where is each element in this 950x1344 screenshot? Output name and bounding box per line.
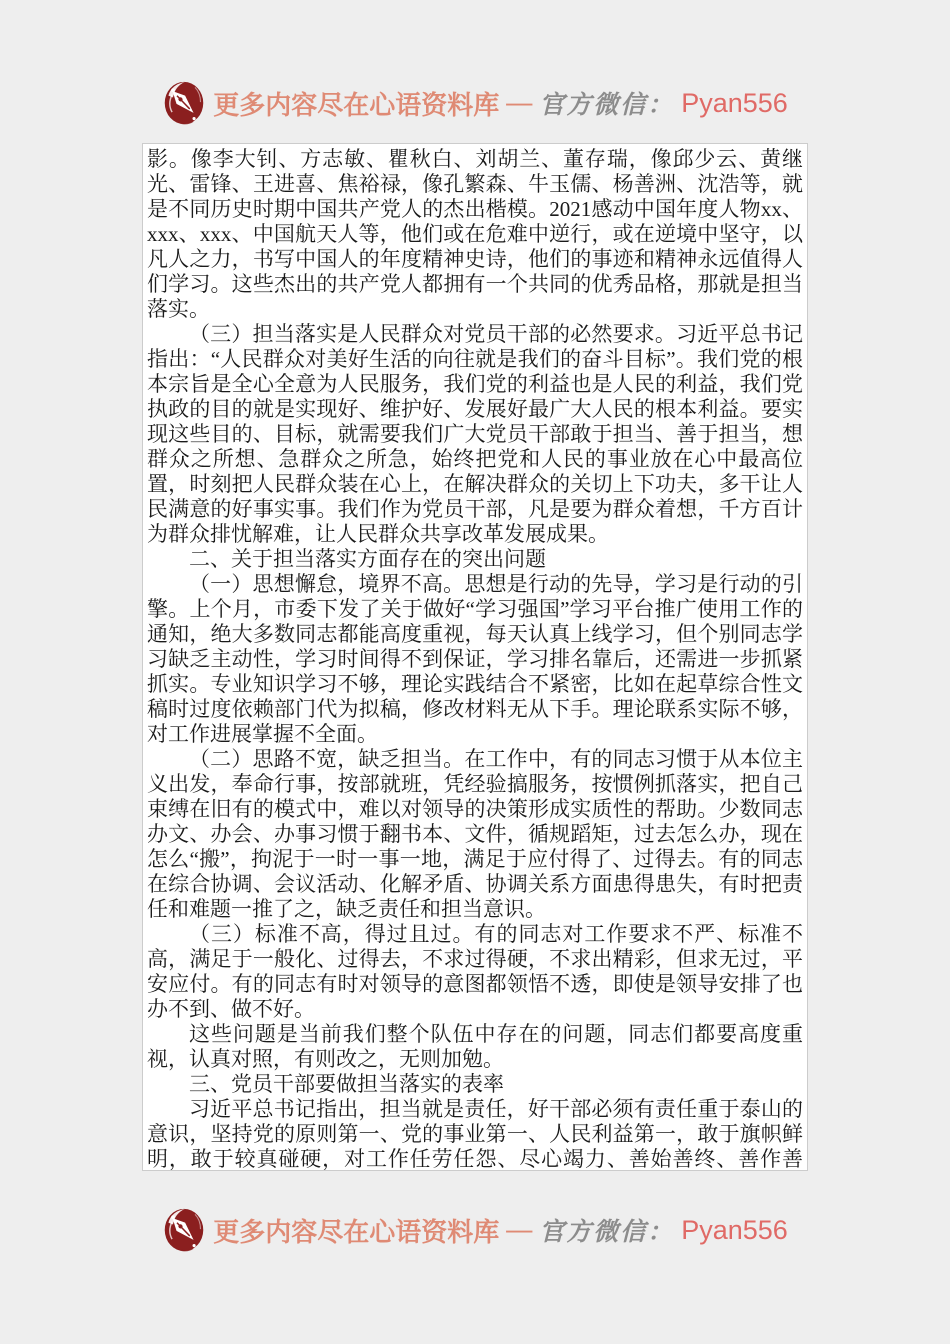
paragraph: 习近平总书记指出，担当就是责任，好干部必须有责任重于泰山的意识，坚持党的原则第一… — [147, 1097, 803, 1171]
paragraph: （二）思路不宽，缺乏担当。在工作中，有的同志习惯于从本位主义出发，奉命行事，按部… — [147, 747, 803, 922]
watermark-wechat-label: 官方微信： — [539, 1212, 674, 1248]
paragraph: 二、关于担当落实方面存在的突出问题 — [147, 547, 803, 572]
watermark-wechat-label: 官方微信： — [539, 85, 674, 121]
watermark-wechat-account: Pyan556 — [681, 88, 788, 119]
paragraph: （三）担当落实是人民群众对党员干部的必然要求。习近平总书记指出：“人民群众对美好… — [147, 322, 803, 547]
paragraph: （一）思想懈怠，境界不高。思想是行动的先导，学习是行动的引擎。上个月，市委下发了… — [147, 572, 803, 747]
header-watermark: 更多内容尽在心语资料库—官方微信： Pyan556 — [0, 76, 950, 130]
footer-watermark: 更多内容尽在心语资料库—官方微信： Pyan556 — [0, 1203, 950, 1257]
paragraph: （三）标准不高，得过且过。有的同志对工作要求不严、标准不高，满足于一般化、过得去… — [147, 922, 803, 1022]
watermark-wechat-account: Pyan556 — [681, 1215, 788, 1246]
watermark-dash: — — [506, 88, 532, 118]
watermark-brand-text: 更多内容尽在心语资料库 — [213, 85, 499, 122]
pen-nib-logo-icon — [162, 78, 206, 128]
watermark-dash: — — [506, 1215, 532, 1245]
pen-nib-logo-icon — [162, 1205, 206, 1255]
document-body: 影。像李大钊、方志敏、瞿秋白、刘胡兰、董存瑞，像邱少云、黄继光、雷锋、王进喜、焦… — [147, 147, 803, 1171]
paragraph: 这些问题是当前我们整个队伍中存在的问题，同志们都要高度重视，认真对照，有则改之，… — [147, 1022, 803, 1072]
paragraph: 影。像李大钊、方志敏、瞿秋白、刘胡兰、董存瑞，像邱少云、黄继光、雷锋、王进喜、焦… — [147, 147, 803, 322]
document-page: 影。像李大钊、方志敏、瞿秋白、刘胡兰、董存瑞，像邱少云、黄继光、雷锋、王进喜、焦… — [142, 143, 808, 1171]
watermark-brand-text: 更多内容尽在心语资料库 — [213, 1212, 499, 1249]
paragraph: 三、党员干部要做担当落实的表率 — [147, 1072, 803, 1097]
